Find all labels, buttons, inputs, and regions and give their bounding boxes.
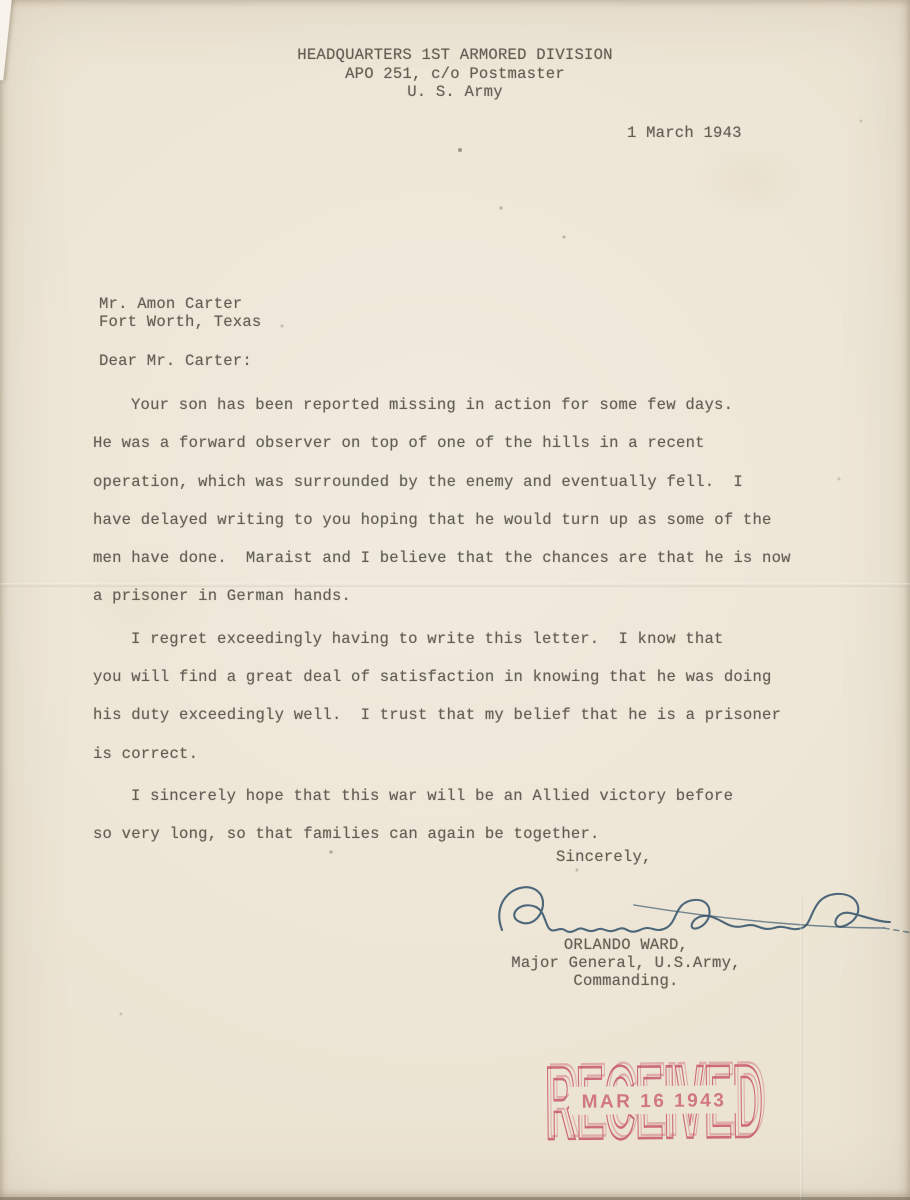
paper-speckles (0, 0, 2, 2)
body-line: operation, which was surrounded by the e… (93, 463, 813, 501)
paragraph-1: Your son has been reported missing in ac… (93, 386, 813, 616)
body-line: have delayed writing to you hoping that … (93, 501, 813, 539)
closing: Sincerely, (556, 848, 652, 866)
signer-name: ORLANDO WARD, (506, 936, 746, 954)
letterhead-line2: APO 251, c/o Postmaster (0, 65, 910, 84)
body-line: men have done. Maraist and I believe tha… (93, 539, 813, 577)
signer-role: Commanding. (506, 972, 746, 990)
received-stamp: RECEIVED RECEIVED MAR 16 1943 (540, 1049, 767, 1151)
body-line: so very long, so that families can again… (93, 815, 813, 853)
salutation: Dear Mr. Carter: (99, 352, 252, 370)
recipient-city: Fort Worth, Texas (99, 314, 261, 332)
body-line: He was a forward observer on top of one … (93, 424, 813, 462)
paragraph-3: I sincerely hope that this war will be a… (93, 777, 813, 854)
body-line: I sincerely hope that this war will be a… (93, 777, 813, 815)
recipient-name: Mr. Amon Carter (99, 296, 261, 314)
body-line: I regret exceedingly having to write thi… (93, 620, 813, 658)
recipient-address: Mr. Amon Carter Fort Worth, Texas (99, 296, 261, 331)
body-line: his duty exceedingly well. I trust that … (93, 696, 813, 734)
signer-title: Major General, U.S.Army, (506, 954, 746, 972)
letter-page: HEADQUARTERS 1ST ARMORED DIVISION APO 25… (0, 0, 910, 1200)
fold-crease (800, 898, 803, 1200)
fold-crease (0, 583, 910, 587)
letter-body: Your son has been reported missing in ac… (93, 386, 813, 858)
signature-block: ORLANDO WARD, Major General, U.S.Army, C… (506, 936, 746, 990)
letterhead: HEADQUARTERS 1ST ARMORED DIVISION APO 25… (0, 46, 910, 102)
body-line: is correct. (93, 735, 813, 773)
letterhead-line1: HEADQUARTERS 1ST ARMORED DIVISION (0, 46, 910, 65)
body-line: you will find a great deal of satisfacti… (93, 658, 813, 696)
body-line: Your son has been reported missing in ac… (93, 386, 813, 424)
paper-stain (690, 140, 810, 220)
letter-date: 1 March 1943 (627, 124, 742, 142)
paragraph-2: I regret exceedingly having to write thi… (93, 620, 813, 773)
stamp-date: MAR 16 1943 (582, 1090, 727, 1113)
letterhead-line3: U. S. Army (0, 83, 910, 102)
